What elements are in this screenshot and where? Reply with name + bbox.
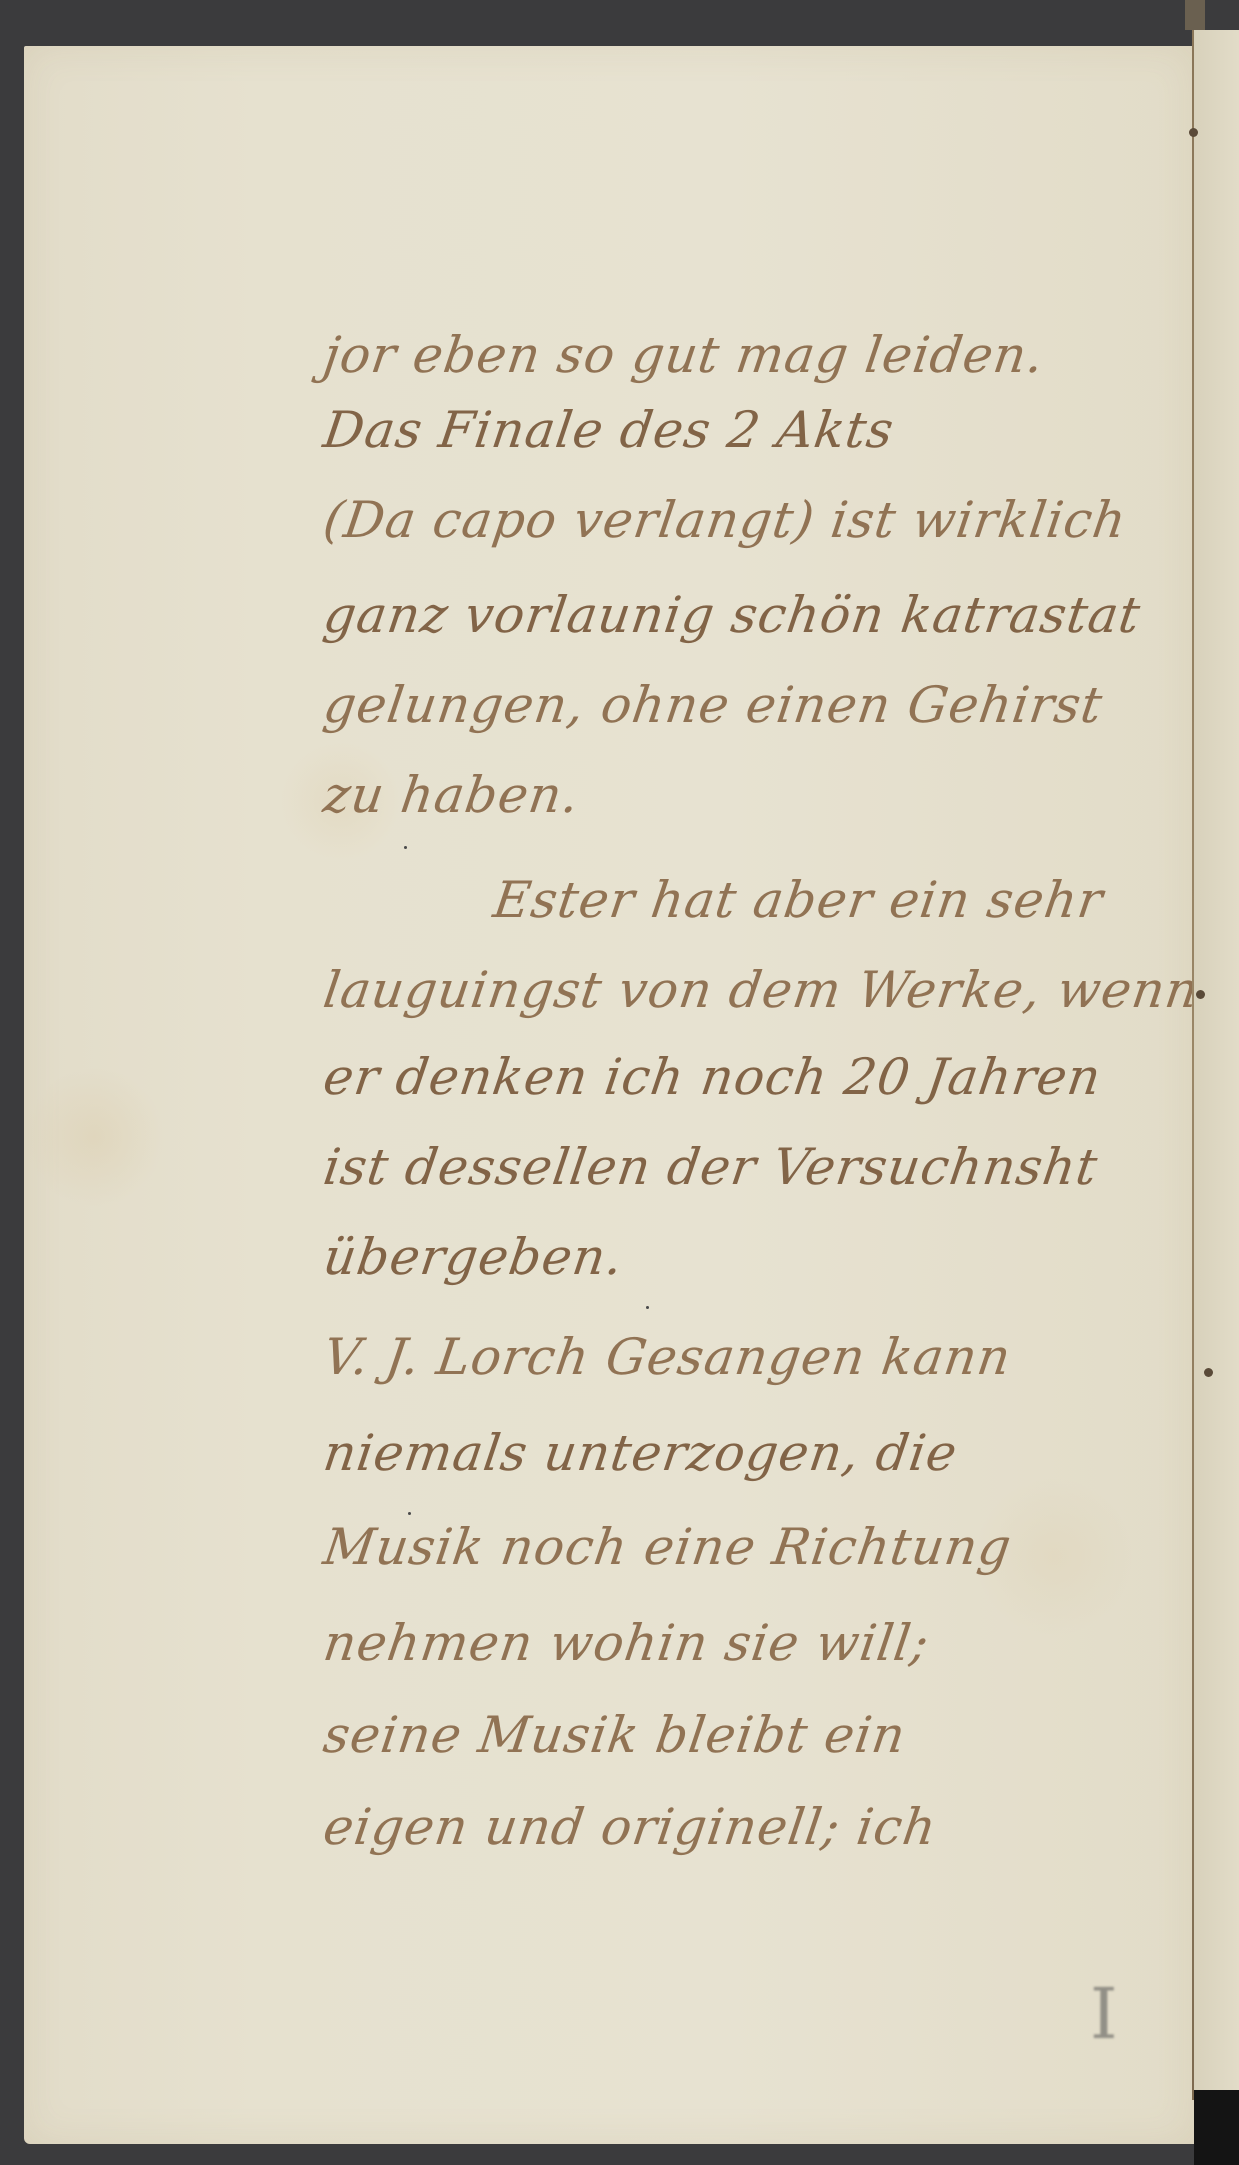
- text-line-8: lauguingst von dem Werke, wenn: [320, 961, 1203, 1019]
- binding-edge: [1185, 0, 1205, 30]
- text-line-3: (Da capo verlangt) ist wirklich: [320, 491, 1130, 549]
- text-line-17: eigen und originell; ich: [320, 1798, 940, 1856]
- text-line-1: jor eben so gut mag leiden.: [320, 326, 1048, 384]
- text-line-7: Ester hat aber ein sehr: [490, 871, 1107, 929]
- text-line-16: seine Musik bleibt ein: [320, 1706, 910, 1764]
- text-line-9: er denken ich noch 20 Jahren: [320, 1048, 1105, 1106]
- text-line-4: ganz vorlaunig schön katrastat: [320, 586, 1144, 644]
- text-line-10: ist dessellen der Versuchnsht: [320, 1138, 1102, 1196]
- text-line-15: nehmen wohin sie will;: [320, 1614, 933, 1672]
- binding-stitch: [1204, 1368, 1213, 1377]
- text-line-14: Musik noch eine Richtung: [320, 1518, 1015, 1576]
- page-gutter: [1192, 30, 1194, 2100]
- text-line-6: zu haben.: [320, 766, 583, 824]
- ink-speck: [404, 846, 407, 849]
- text-line-13: niemals unterzogen, die: [320, 1424, 961, 1482]
- manuscript-page: jor eben so gut mag leiden. Das Finale d…: [24, 46, 1194, 2144]
- ink-speck: [646, 1306, 649, 1309]
- text-line-12: V. J. Lorch Gesangen kann: [320, 1328, 1015, 1386]
- facing-page-shadow: [1194, 2090, 1239, 2165]
- binding-stitch: [1189, 128, 1198, 137]
- manuscript-scan: jor eben so gut mag leiden. Das Finale d…: [0, 0, 1239, 2165]
- text-line-5: gelungen, ohne einen Gehirst: [320, 676, 1107, 734]
- text-line-2: Das Finale des 2 Akts: [320, 401, 898, 459]
- text-line-11: übergeben.: [320, 1228, 627, 1286]
- facing-page-edge: [1194, 30, 1239, 2120]
- page-mark: I: [1090, 1974, 1116, 2054]
- ink-speck: [408, 1512, 411, 1515]
- binding-stitch: [1196, 990, 1205, 999]
